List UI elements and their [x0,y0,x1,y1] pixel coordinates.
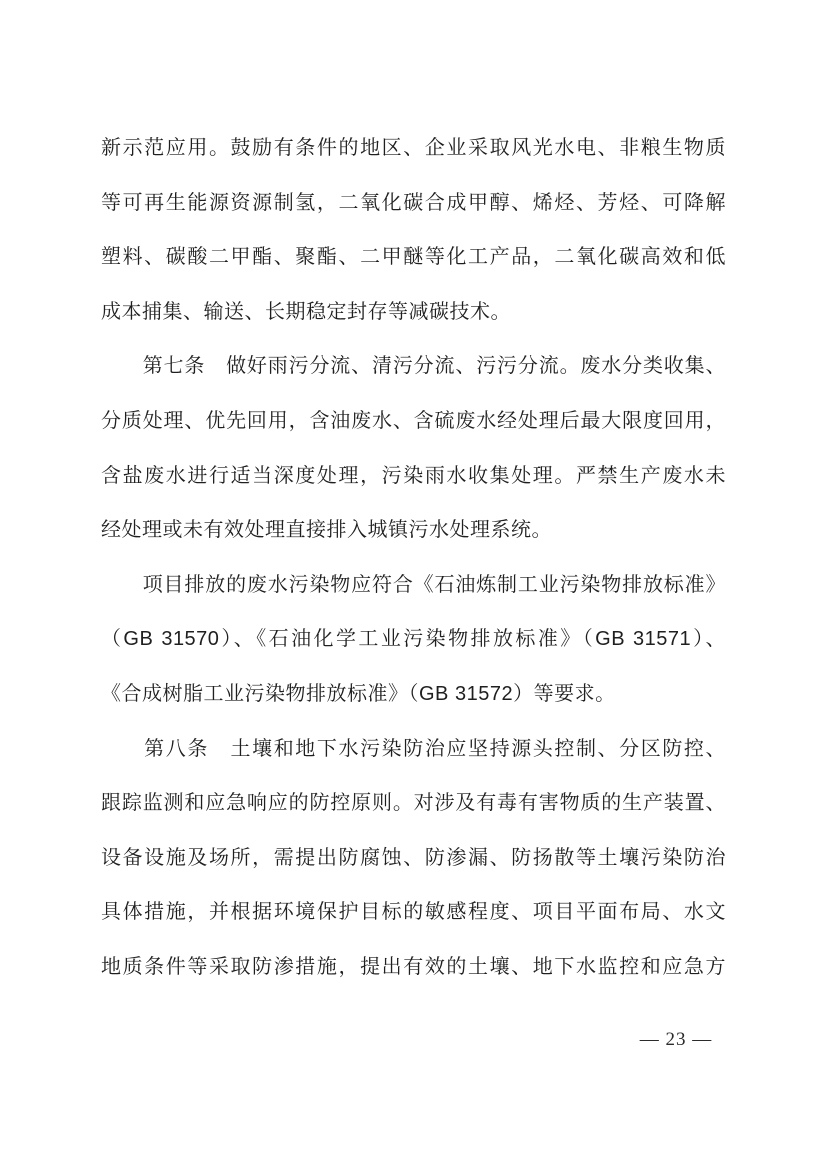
text-line: 分质处理、优先回用，含油废水、含硫废水经处理后最大限度回用， [101,394,726,449]
para-carbon-reduction-continued: 新示范应用。鼓励有条件的地区、企业采取风光水电、非粮生物质等可再生能源资源制氢，… [101,121,726,339]
text-line: 地质条件等采取防渗措施，提出有效的土壤、地下水监控和应急方 [101,940,726,995]
text-line: 第七条 做好雨污分流、清污分流、污污分流。废水分类收集、 [101,339,726,394]
text-line: 项目排放的废水污染物应符合《石油炼制工业污染物排放标准》 [101,558,726,613]
text-line: 新示范应用。鼓励有条件的地区、企业采取风光水电、非粮生物质 [101,121,726,176]
text-line: 含盐废水进行适当深度处理，污染雨水收集处理。严禁生产废水未 [101,449,726,504]
document-page: 新示范应用。鼓励有条件的地区、企业采取风光水电、非粮生物质等可再生能源资源制氢，… [0,0,826,1169]
page-number: — 23 — [628,1029,724,1051]
text-line: 第八条 土壤和地下水污染防治应坚持源头控制、分区防控、 [101,722,726,777]
para-article-7-wastewater: 第七条 做好雨污分流、清污分流、污污分流。废水分类收集、分质处理、优先回用，含油… [101,339,726,557]
para-discharge-standards: 项目排放的废水污染物应符合《石油炼制工业污染物排放标准》（GB 31570）、《… [101,558,726,722]
text-line: 《合成树脂工业污染物排放标准》（GB 31572）等要求。 [101,667,726,722]
text-line: 经处理或未有效处理直接排入城镇污水处理系统。 [101,503,726,558]
text-line: （GB 31570）、《石油化学工业污染物排放标准》（GB 31571）、 [101,612,726,667]
text-line: 设备设施及场所，需提出防腐蚀、防渗漏、防扬散等土壤污染防治 [101,831,726,886]
text-line: 成本捕集、输送、长期稳定封存等减碳技术。 [101,285,726,340]
text-line: 等可再生能源资源制氢，二氧化碳合成甲醇、烯烃、芳烃、可降解 [101,176,726,231]
para-article-8-soil-groundwater: 第八条 土壤和地下水污染防治应坚持源头控制、分区防控、跟踪监测和应急响应的防控原… [101,722,726,995]
body-text: 新示范应用。鼓励有条件的地区、企业采取风光水电、非粮生物质等可再生能源资源制氢，… [101,121,726,995]
text-line: 塑料、碳酸二甲酯、聚酯、二甲醚等化工产品，二氧化碳高效和低 [101,230,726,285]
text-line: 具体措施，并根据环境保护目标的敏感程度、项目平面布局、水文 [101,885,726,940]
text-line: 跟踪监测和应急响应的防控原则。对涉及有毒有害物质的生产装置、 [101,776,726,831]
